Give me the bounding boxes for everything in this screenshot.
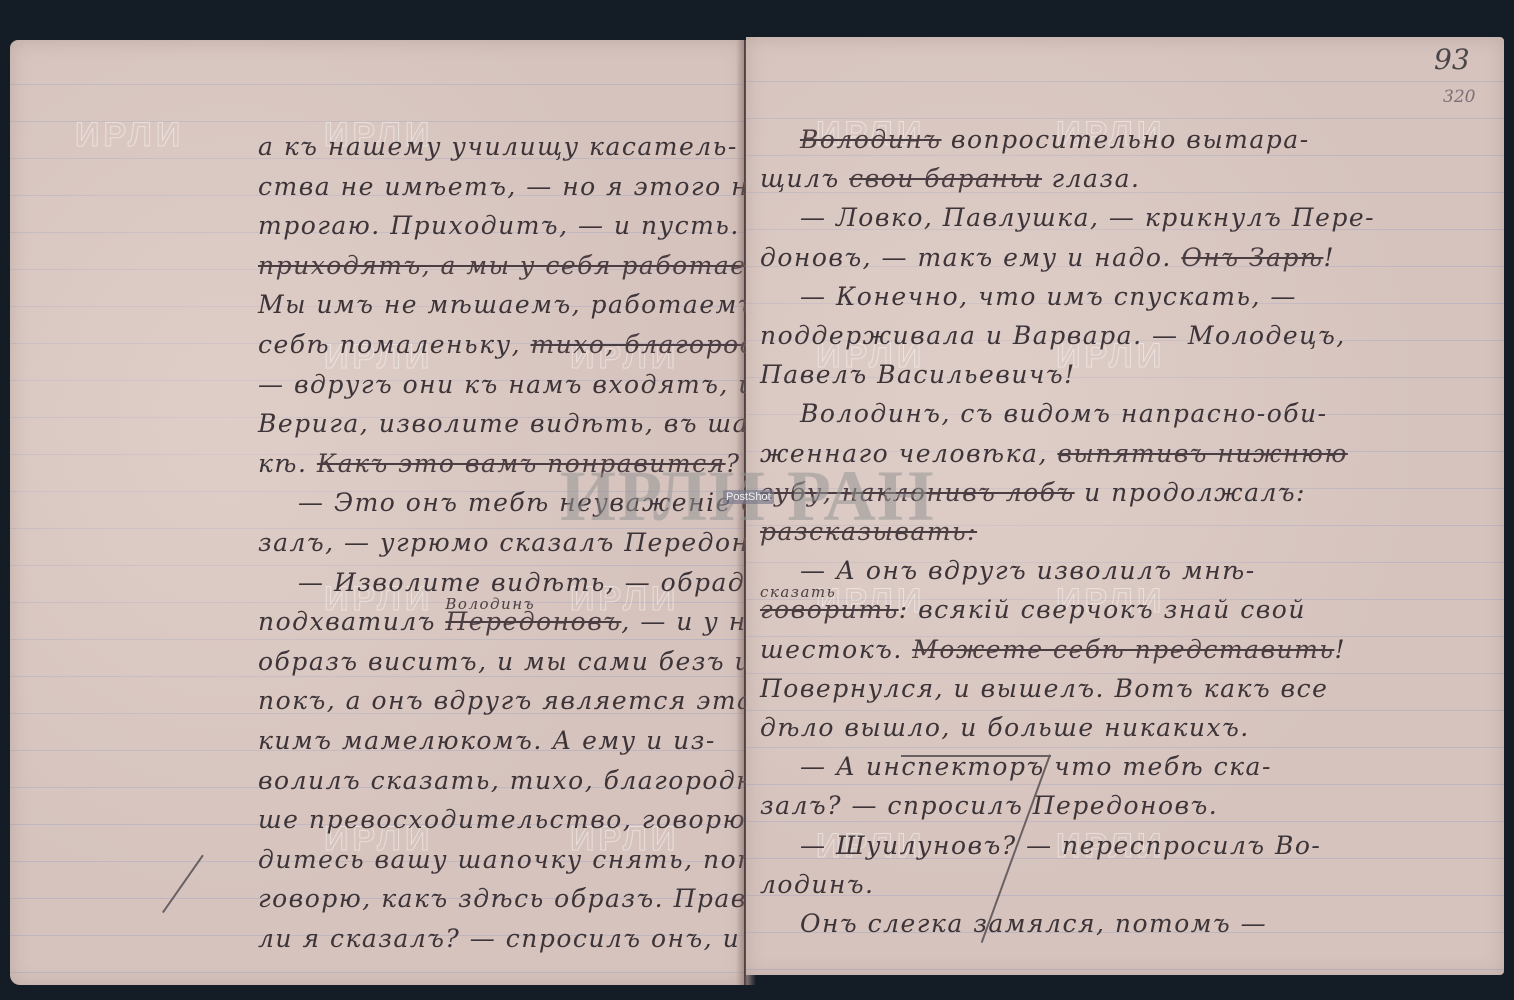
line-text: образъ виситъ, и мы сами безъ ша-	[258, 647, 786, 676]
manuscript-line: залъ? — спросилъ Передоновъ.	[760, 791, 1218, 821]
manuscript-line: кимъ мамелюкомъ. А ему и из-	[258, 726, 716, 756]
line-text: — А инспекторъ что тебѣ ска-	[800, 752, 1272, 781]
line-text: — вдругъ они къ намъ входятъ, и	[258, 370, 756, 399]
line-text: кѣ.	[258, 449, 317, 478]
manuscript-line: а къ нашему училищу касатель-	[258, 132, 738, 162]
manuscript-line: дитесь вашу шапочку снять, потому	[258, 845, 817, 875]
pencil-mark	[162, 855, 203, 913]
line-text: ства не имѣетъ, — но я этого не	[258, 172, 765, 201]
manuscript-line: Мы имъ не мѣшаемъ, работаемъ	[258, 290, 756, 320]
watermark-logo: PostShot	[723, 490, 774, 504]
struck-text: разсказывать:	[760, 517, 977, 546]
manuscript-line: образъ виситъ, и мы сами безъ ша-	[258, 647, 786, 677]
line-text: залъ? — спросилъ Передоновъ.	[760, 791, 1218, 820]
line-text: Мы имъ не мѣшаемъ, работаемъ	[258, 290, 756, 319]
line-text: Володинъ, съ видомъ напрасно-оби-	[800, 399, 1328, 428]
line-text: покъ, а онъ вдругъ является эта-	[258, 686, 763, 715]
manuscript-line: — Шуилуновъ? — переспросилъ Во-	[800, 831, 1321, 861]
line-text: трогаю. Приходитъ, — и пусть.	[258, 211, 749, 240]
manuscript-line: шестокъ. Можете себѣ представить!	[760, 635, 1346, 665]
line-text: кимъ мамелюкомъ. А ему и из-	[258, 726, 716, 755]
line-text: и продолжалъ:	[1075, 478, 1306, 507]
struck-text: ПередоновъВолодинъ	[445, 607, 621, 636]
line-text: себѣ помаленьку,	[258, 330, 530, 359]
line-text: — Шуилуновъ? — переспросилъ Во-	[800, 831, 1321, 860]
line-text: вопросительно вытара-	[941, 125, 1309, 154]
struck-text: Какъ это вамъ понравится	[317, 449, 726, 478]
manuscript-line: Онъ слегка замялся, потомъ —	[800, 909, 1267, 939]
struck-text: губу, наклонивъ лобъ	[760, 478, 1075, 507]
line-text: женнаго человѣка,	[760, 439, 1057, 468]
manuscript-line: — А онъ вдругъ изволилъ мнѣ-	[800, 556, 1256, 586]
manuscript-line: трогаю. Приходитъ, — и пусть. Они	[258, 211, 807, 241]
manuscript-line: лодинъ.	[760, 870, 875, 900]
manuscript-line: Верига, изволите видѣть, въ шап-	[258, 409, 777, 439]
left-manuscript-page: ИРЛИ ИРЛИ ИРЛИ ИРЛИ ИРЛИ ИРЛИ ИРЛИ ИРЛИ …	[10, 40, 744, 985]
manuscript-line: приходятъ, а мы у себя работаемъ.	[258, 251, 796, 281]
line-text: Верига, изволите видѣть, въ шап-	[258, 409, 777, 438]
manuscript-line: себѣ помаленьку, тихо, благородно,	[258, 330, 801, 360]
manuscript-line: разсказывать:	[760, 517, 977, 547]
manuscript-line: поддерживала и Варвара. — Молодецъ,	[760, 321, 1346, 351]
line-text: дѣло вышло, и больше никакихъ.	[760, 713, 1250, 742]
line-text: Повернулся, и вышелъ. Вотъ какъ все	[760, 674, 1328, 703]
line-text: !	[1334, 635, 1346, 664]
manuscript-line: доновъ, — такъ ему и надо. Онъ Зарѣ!	[760, 243, 1335, 273]
line-text: поддерживала и Варвара. — Молодецъ,	[760, 321, 1346, 350]
insertion-mark-horizontal	[901, 755, 1051, 757]
line-text: : всякій сверчокъ знай свой	[899, 595, 1306, 624]
manuscript-line: говоритьсказать: всякій сверчокъ знай св…	[760, 595, 1306, 625]
manuscript-line: кѣ. Какъ это вамъ понравится?	[258, 449, 741, 479]
line-text: шестокъ.	[760, 635, 912, 664]
line-text: глаза.	[1042, 164, 1140, 193]
line-text: !	[1323, 243, 1335, 272]
manuscript-line: дѣло вышло, и больше никакихъ.	[760, 713, 1250, 743]
manuscript-line: губу, наклонивъ лобъ и продолжалъ:	[760, 478, 1306, 508]
line-text: доновъ, — такъ ему и надо.	[760, 243, 1181, 272]
struck-text: Володинъ	[800, 125, 941, 154]
folio-number: 93	[1434, 43, 1470, 76]
right-manuscript-page: 93 320 ИРЛИ ИРЛИ ИРЛИ ИРЛИ ИРЛИ ИРЛИ ИРЛ…	[746, 37, 1504, 975]
manuscript-line: ства не имѣетъ, — но я этого не	[258, 172, 765, 202]
manuscript-line: покъ, а онъ вдругъ является эта-	[258, 686, 763, 716]
manuscript-line: щилъ свои бараньи глаза.	[760, 164, 1140, 194]
folio-archive-number: 320	[1443, 87, 1475, 107]
manuscript-line: залъ, — угрюмо сказалъ Передоновъ.	[258, 528, 810, 558]
struck-text: свои бараньи	[849, 164, 1042, 193]
line-text: залъ, — угрюмо сказалъ Передоновъ.	[258, 528, 810, 557]
struck-text: Можете себѣ представить	[912, 635, 1334, 664]
manuscript-line: — А инспекторъ что тебѣ ска-	[800, 752, 1272, 782]
line-text: — Ловко, Павлушка, — крикнулъ Пере-	[800, 203, 1375, 232]
interlinear-correction: Володинъ	[445, 589, 535, 619]
manuscript-line: женнаго человѣка, выпятивъ нижнюю	[760, 439, 1348, 469]
manuscript-line: Володинъ вопросительно вытара-	[800, 125, 1310, 155]
line-text: — Конечно, что имъ спускать, —	[800, 282, 1297, 311]
line-text: лодинъ.	[760, 870, 875, 899]
line-text: — А онъ вдругъ изволилъ мнѣ-	[800, 556, 1256, 585]
line-text: подхватилъ	[258, 607, 445, 636]
line-text: ли я сказалъ? — спросилъ онъ, и	[258, 924, 740, 953]
manuscript-line: Повернулся, и вышелъ. Вотъ какъ все	[760, 674, 1328, 704]
manuscript-line: ли я сказалъ? — спросилъ онъ, и	[258, 924, 740, 954]
struck-text: выпятивъ нижнюю	[1057, 439, 1348, 468]
manuscript-line: Володинъ, съ видомъ напрасно-оби-	[800, 399, 1328, 429]
line-text: дитесь вашу шапочку снять, потому	[258, 845, 817, 874]
line-text: Павелъ Васильевичъ!	[760, 360, 1076, 389]
line-text: а къ нашему училищу касатель-	[258, 132, 738, 161]
struck-text: говоритьсказать	[760, 595, 899, 624]
watermark-irli: ИРЛИ	[75, 116, 184, 155]
manuscript-line: — Ловко, Павлушка, — крикнулъ Пере-	[800, 203, 1375, 233]
manuscript-line: — вдругъ они къ намъ входятъ, и	[258, 370, 756, 400]
struck-text: приходятъ, а мы у себя работаемъ.	[258, 251, 796, 280]
line-text: Онъ слегка замялся, потомъ —	[800, 909, 1267, 938]
manuscript-line: Павелъ Васильевичъ!	[760, 360, 1076, 390]
manuscript-line: подхватилъ ПередоновъВолодинъ, — и у нас…	[258, 607, 797, 637]
interlinear-correction: сказать	[760, 577, 836, 607]
manuscript-line: — Конечно, что имъ спускать, —	[800, 282, 1297, 312]
line-text: щилъ	[760, 164, 849, 193]
struck-text: Онъ Зарѣ	[1181, 243, 1323, 272]
